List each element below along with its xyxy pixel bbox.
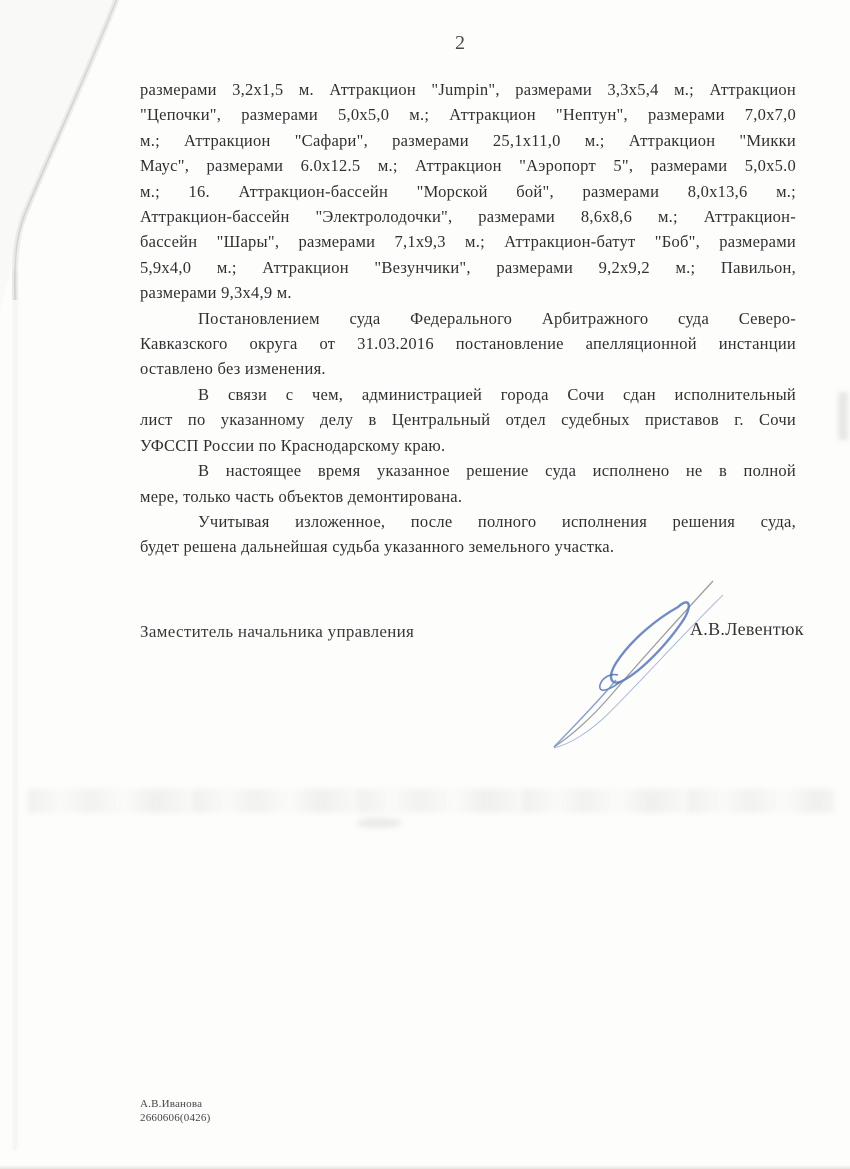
body-line: Учитывая изложенное, после полного испол… <box>140 509 796 534</box>
scan-edge-smudge <box>838 392 848 440</box>
body-line: размерами 3,2х1,5 м. Аттракцион "Jumpin"… <box>140 77 796 102</box>
scan-left-edge-shadow <box>13 270 23 1150</box>
scanned-document-page: 2 размерами 3,2х1,5 м. Аттракцион "Jumpi… <box>0 0 850 1169</box>
document-body: размерами 3,2х1,5 м. Аттракцион "Jumpin"… <box>140 77 796 560</box>
bleed-through-smudge <box>356 818 402 828</box>
body-line: УФССП России по Краснодарскому краю. <box>140 433 796 458</box>
handwritten-signature <box>540 572 740 767</box>
body-line: Маус", размерами 6.0х12.5 м.; Аттракцион… <box>140 153 796 178</box>
body-line: размерами 9,3х4,9 м. <box>140 280 796 305</box>
body-line: "Цепочки", размерами 5,0х5,0 м.; Аттракц… <box>140 102 796 127</box>
body-line: лист по указанному делу в Центральный от… <box>140 407 796 432</box>
page-number: 2 <box>380 32 540 55</box>
scan-bottom-edge <box>0 1165 850 1169</box>
body-line: 5,9х4,0 м.; Аттракцион "Везунчики", разм… <box>140 255 796 280</box>
footer-reference: А.В.Иванова 2660606(0426) <box>140 1098 210 1125</box>
signer-position-title: Заместитель начальника управления <box>140 622 414 642</box>
body-line: м.; 16. Аттракцион-бассейн "Морской бой"… <box>140 179 796 204</box>
body-line: мере, только часть объектов демонтирован… <box>140 484 796 509</box>
footer-name-line: А.В.Иванова <box>140 1098 210 1112</box>
body-line: оставлено без изменения. <box>140 356 796 381</box>
body-line: м.; Аттракцион "Сафари", размерами 25,1х… <box>140 128 796 153</box>
body-line: будет решена дальнейшая судьба указанног… <box>140 534 796 559</box>
body-line: бассейн "Шары", размерами 7,1х9,3 м.; Ат… <box>140 229 796 254</box>
signer-name: А.В.Левентюк <box>690 619 804 640</box>
body-line: В связи с чем, администрацией города Соч… <box>140 382 796 407</box>
body-line: Аттракцион-бассейн "Электролодочки", раз… <box>140 204 796 229</box>
body-line: Постановлением суда Федерального Арбитра… <box>140 306 796 331</box>
bleed-through-smudge <box>28 789 834 813</box>
body-line: Кавказского округа от 31.03.2016 постано… <box>140 331 796 356</box>
body-line: В настоящее время указанное решение суда… <box>140 458 796 483</box>
footer-code-line: 2660606(0426) <box>140 1112 210 1126</box>
